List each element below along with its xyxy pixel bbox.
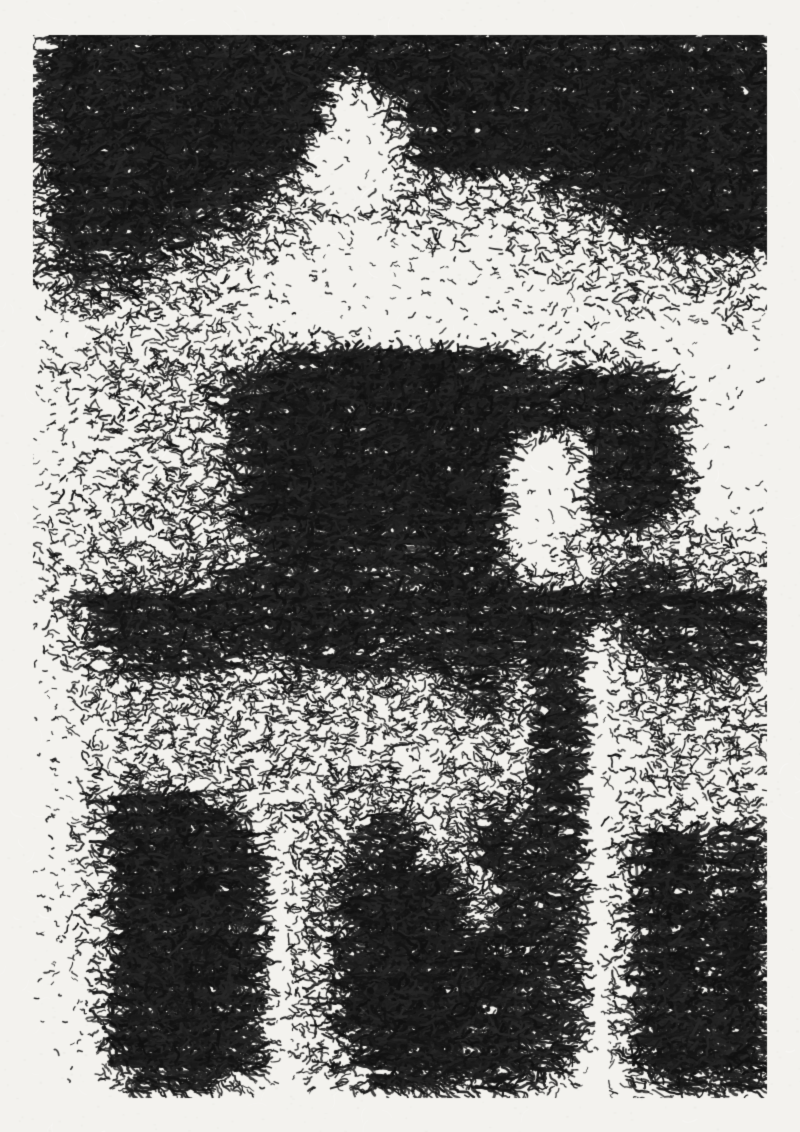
etching-artwork	[0, 0, 800, 1132]
artwork-canvas	[0, 0, 800, 1132]
